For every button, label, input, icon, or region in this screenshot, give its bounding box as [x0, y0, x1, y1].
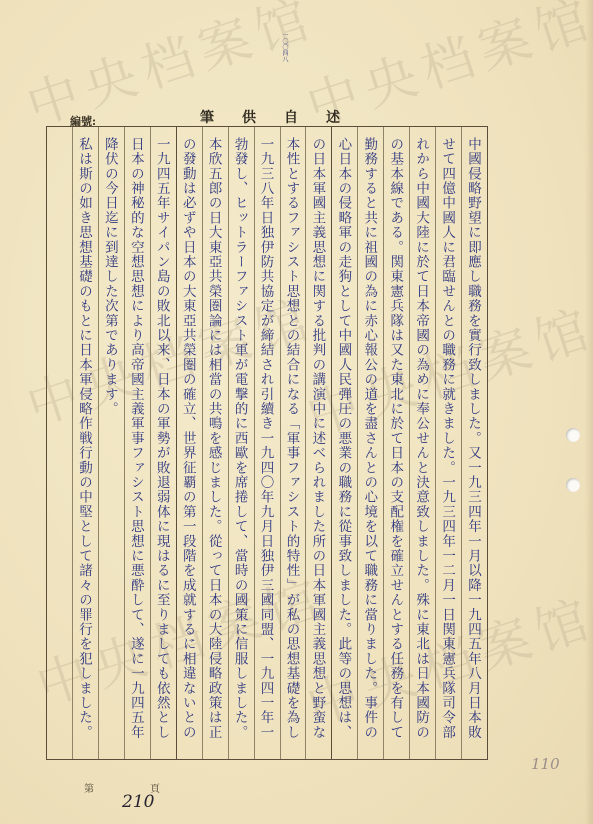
- manuscript-column: 私は斯の如き思想基礎のもとに日本軍侵略作戦行動の中堅として諸々の罪行を犯しました…: [72, 127, 98, 759]
- manuscript-column: 勤務すると共に祖國の為に赤心報公の道を盡さんとの心境を以て職務に當りました。事件…: [357, 127, 383, 759]
- manuscript-column: 本性とするファシスト思想との結合になる「軍事ファシスト的特性」が私の思想基礎を為…: [280, 127, 306, 759]
- form-title-char: 筆: [200, 107, 214, 127]
- form-title-char: 供: [242, 107, 256, 127]
- handwritten-line: 中國侵略野望に即應し職務を實行致しました。又一九三四年一月以降一九四五年八月日本…: [462, 137, 487, 753]
- document-page: 中央档案馆 中央档案馆 中央档案馆 中央档案馆 中央档案馆 中央档案馆 一〇〇四…: [0, 0, 593, 824]
- manuscript-column: れから中國大陸に於て日本帝國の為めに奉公せんと決意致しました。殊に東北は日本國防…: [409, 127, 435, 759]
- manuscript-column: 降伏の今日迄に到達した次第であります。: [98, 127, 124, 759]
- watermark: 中央档案馆: [296, 0, 593, 140]
- manuscript-grid: 中國侵略野望に即應し職務を實行致しました。又一九三四年一月以降一九四五年八月日本…: [46, 126, 488, 760]
- handwritten-line: れから中國大陸に於て日本帝國の為めに奉公せんと決意致しました。殊に東北は日本國防…: [410, 137, 435, 753]
- handwritten-line: 勃發し、ヒットラーファシスト軍が電撃的に西歐を席捲して、當時の國策に信服しました…: [229, 137, 254, 753]
- handwritten-line: の發動は必ずや日本の大東亞共榮圏の確立、世界征覇の第一段階を成就するに相違ないと…: [177, 137, 202, 753]
- form-title-char: 述: [326, 107, 340, 127]
- handwritten-line: せて四億中國人に君臨せんとの職務に就きました。一九三四年一二月一日関東憲兵隊司令…: [436, 137, 461, 753]
- manuscript-column: の基本線である。関東憲兵隊は又た東北に於て日本の支配権を確立せんとする任務を有し…: [383, 127, 409, 759]
- manuscript-column: の日本軍國主義思想に関する批判の講演中に述べられました所の日本軍國主義思想と野蛮…: [305, 127, 331, 759]
- manuscript-column: 本欣五郎の日大東亞共榮圏論には相當の共鳴を感じました。從って日本の大陸侵略政策は…: [202, 127, 228, 759]
- page-label-prefix: 第: [84, 780, 94, 795]
- handwritten-line: 勤務すると共に祖國の為に赤心報公の道を盡さんとの心境を以て職務に當りました。事件…: [358, 137, 383, 753]
- handwritten-line: 心日本の侵略軍の走狗として中國人民弾圧の悪業の職務に從事致しました。此等の思想は…: [332, 137, 357, 753]
- handwritten-line: 本欣五郎の日大東亞共榮圏論には相當の共鳴を感じました。從って日本の大陸侵略政策は…: [203, 137, 228, 753]
- handwritten-line: 日本の神秘的な空想思想により高帝國主義軍事ファシスト思想に悪酔して、遂に一九四五…: [125, 137, 150, 753]
- manuscript-column: 勃發し、ヒットラーファシスト軍が電撃的に西歐を席捲して、當時の國策に信服しました…: [228, 127, 254, 759]
- manuscript-column: 一九四五年サイパン島の敗北以来、日本の軍勢が敗退弱体に現はるに至りましても依然と…: [150, 127, 176, 759]
- manuscript-column: せて四億中國人に君臨せんとの職務に就きました。一九三四年一二月一日関東憲兵隊司令…: [435, 127, 461, 759]
- form-title: 筆 供 自 述: [200, 107, 340, 127]
- handwritten-line: の日本軍國主義思想に関する批判の講演中に述べられました所の日本軍國主義思想と野蛮…: [306, 137, 331, 753]
- handwritten-line: の基本線である。関東憲兵隊は又た東北に於て日本の支配権を確立せんとする任務を有し…: [384, 137, 409, 753]
- manuscript-column: 心日本の侵略軍の走狗として中國人民弾圧の悪業の職務に從事致しました。此等の思想は…: [331, 127, 357, 759]
- handwritten-line: 一九三八年日独伊防共協定が締結され引續き一九四〇年九月日独伊三國同盟、一九四一年…: [255, 137, 280, 753]
- archive-number: 一〇〇四八: [276, 32, 288, 62]
- page-edge: [585, 0, 593, 824]
- handwritten-line: 本性とするファシスト思想との結合になる「軍事ファシスト的特性」が私の思想基礎を為…: [281, 137, 306, 753]
- handwritten-line: 一九四五年サイパン島の敗北以来、日本の軍勢が敗退弱体に現はるに至りましても依然と…: [151, 137, 176, 753]
- manuscript-column: の發動は必ずや日本の大東亞共榮圏の確立、世界征覇の第一段階を成就するに相違ないと…: [176, 127, 202, 759]
- margin-number: 110: [531, 755, 560, 773]
- punch-hole: [566, 428, 580, 442]
- handwritten-line: 私は斯の如き思想基礎のもとに日本軍侵略作戦行動の中堅として諸々の罪行を犯しました…: [73, 137, 98, 753]
- manuscript-column: 中國侵略野望に即應し職務を實行致しました。又一九三四年一月以降一九四五年八月日本…: [461, 127, 487, 759]
- manuscript-column: 一九三八年日独伊防共協定が締結され引續き一九四〇年九月日独伊三國同盟、一九四一年…: [254, 127, 280, 759]
- form-title-char: 自: [284, 107, 298, 127]
- manuscript-column: [47, 127, 72, 759]
- punch-hole: [566, 478, 580, 492]
- handwritten-line: 降伏の今日迄に到達した次第であります。: [99, 137, 124, 753]
- handwritten-line: [47, 137, 72, 753]
- page-number: 210: [122, 792, 154, 812]
- manuscript-column: 日本の神秘的な空想思想により高帝國主義軍事ファシスト思想に悪酔して、遂に一九四五…: [124, 127, 150, 759]
